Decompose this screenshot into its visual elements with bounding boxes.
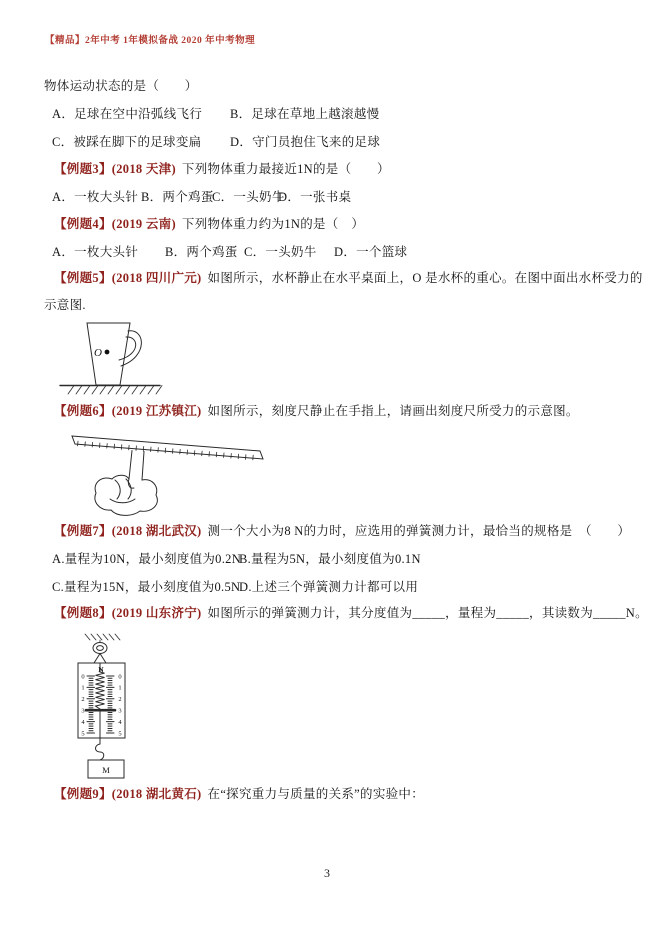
bottom-hook [96, 744, 104, 760]
q3-options-row: A．一枚大头针B．两个鸡蛋C．一头奶牛D．一张书桌 [52, 189, 351, 205]
ruler-outline [72, 436, 263, 459]
q4-options-row: A．一枚大头针B．两个鸡蛋C．一头奶牛D．一个篮球 [52, 244, 407, 260]
q7-option-d: D.上述三个弹簧测力计都可以用 [239, 580, 418, 594]
intro-option-b: B．足球在草地上越滚越慢 [230, 107, 379, 121]
thumb-line [110, 499, 135, 503]
spring-coil [96, 672, 105, 709]
q9-stem: 在“探究重力与质量的关系”的实验中： [208, 787, 425, 801]
q4-option-c: C．一头奶牛 [244, 244, 334, 260]
q9-tag: 【例题9】 [54, 787, 112, 801]
q8-source: (2019 山东济宁) [112, 606, 202, 620]
q3-option-d: D．一张书桌 [278, 190, 351, 204]
curled-finger-line-1 [115, 480, 120, 499]
q3-source: (2018 天津) [112, 162, 176, 176]
q3-option-b: B．两个鸡蛋 [141, 189, 212, 205]
index-finger-right-edge [142, 452, 144, 481]
q7-option-a: A.量程为10N，最小刻度值为0.2N [52, 551, 239, 567]
q6-stem-line: 【例题6】(2019 江苏镇江)如图所示，刻度尺静止在手指上，请画出刻度尺所受力… [54, 403, 579, 419]
ruler-on-finger-figure [70, 422, 315, 517]
ceiling-hatching [85, 634, 120, 640]
q9-stem-line: 【例题9】(2018 湖北黄石)在“探究重力与质量的关系”的实验中： [54, 786, 424, 802]
q7-options-row2: C.量程为15N，最小刻度值为0.5ND.上述三个弹簧测力计都可以用 [52, 579, 418, 595]
svg-text:3: 3 [118, 708, 121, 715]
q5-tag: 【例题5】 [54, 271, 112, 285]
q7-source: (2018 湖北武汉) [112, 524, 202, 538]
q7-tag: 【例题7】 [54, 524, 112, 538]
q3-option-c: C．一头奶牛 [212, 189, 278, 205]
q4-stem: 下列物体重力约为1N的是（ ） [182, 217, 364, 231]
q7-option-b: B.量程为5N，最小刻度值为0.1N [239, 552, 421, 566]
q6-tag: 【例题6】 [54, 404, 112, 418]
top-ring-outer [93, 643, 107, 654]
mass-label: M [102, 765, 110, 775]
q8-stem-line: 【例题8】(2019 山东济宁)如图所示的弹簧测力计，其分度值为_____，量程… [54, 605, 648, 621]
index-finger-left-edge [129, 451, 132, 480]
svg-text:2: 2 [118, 696, 121, 703]
spring-scale-figure: N 001122334455 M [74, 632, 154, 782]
q8-stem: 如图所示的弹簧测力计，其分度值为_____，量程为_____，其读数为_____… [208, 606, 648, 620]
svg-text:3: 3 [81, 708, 84, 715]
q4-option-a: A．一枚大头针 [52, 244, 165, 260]
q3-stem: 下列物体重力最接近1N的是（ ） [182, 162, 390, 176]
svg-text:0: 0 [118, 673, 121, 680]
curled-finger-line-2 [126, 479, 131, 499]
svg-text:1: 1 [81, 685, 84, 692]
svg-text:1: 1 [118, 685, 121, 692]
q5-stem-part1: 如图所示，水杯静止在水平桌面上，O 是水杯的重心。在图中面出水杯受力的 [208, 271, 643, 285]
top-neck [94, 654, 106, 664]
q6-source: (2019 江苏镇江) [112, 404, 202, 418]
q4-option-d: D．一个篮球 [334, 245, 407, 259]
q7-options-row1: A.量程为10N，最小刻度值为0.2NB.量程为5N，最小刻度值为0.1N [52, 551, 421, 567]
doc-header: 【精品】2年中考 1年模拟备战 2020 年中考物理 [45, 33, 255, 49]
q6-stem: 如图所示，刻度尺静止在手指上，请画出刻度尺所受力的示意图。 [208, 404, 579, 418]
svg-text:4: 4 [118, 719, 122, 726]
q5-stem-line1: 【例题5】(2018 四川广元)如图所示，水杯静止在水平桌面上，O 是水杯的重心… [54, 270, 643, 286]
ruler-tick-marks [78, 441, 254, 460]
document-page: 【精品】2年中考 1年模拟备战 2020 年中考物理 物体运动状态的是（ ） A… [0, 0, 654, 928]
center-of-gravity-dot [105, 350, 110, 355]
svg-text:5: 5 [118, 730, 121, 737]
q3-tag: 【例题3】 [54, 162, 112, 176]
q7-stem-line: 【例题7】(2018 湖北武汉)测一个大小为8 N的力时，应选用的弹簧测力计，最… [54, 523, 630, 539]
q8-tag: 【例题8】 [54, 606, 112, 620]
intro-options-row2: C．被踩在脚下的足球变扁D．守门员抱住飞来的足球 [52, 134, 380, 150]
intro-stem: 物体运动状态的是（ ） [44, 78, 198, 94]
svg-text:5: 5 [81, 730, 84, 737]
table-hatching [68, 386, 162, 395]
q9-source: (2018 湖北黄石) [112, 787, 202, 801]
svg-text:2: 2 [81, 696, 84, 703]
q4-stem-line: 【例题4】(2019 云南)下列物体重力约为1N的是（ ） [54, 216, 364, 232]
center-of-gravity-label: O [94, 347, 102, 359]
cup-on-table-figure: O [58, 316, 208, 400]
intro-options-row1: A．足球在空中沿弧线飞行B．足球在草地上越滚越慢 [52, 106, 379, 122]
q4-option-b: B．两个鸡蛋 [165, 244, 244, 260]
q5-stem-line2: 示意图. [44, 297, 86, 313]
q3-stem-line: 【例题3】(2018 天津)下列物体重力最接近1N的是（ ） [54, 161, 390, 177]
q4-tag: 【例题4】 [54, 217, 112, 231]
q7-stem: 测一个大小为8 N的力时，应选用的弹簧测力计，最恰当的规格是 （ ） [208, 524, 631, 538]
svg-text:4: 4 [81, 719, 85, 726]
fist-outline [95, 475, 157, 515]
intro-option-a: A．足球在空中沿弧线飞行 [52, 106, 230, 122]
q4-source: (2019 云南) [112, 217, 176, 231]
q3-option-a: A．一枚大头针 [52, 189, 141, 205]
intro-option-c: C．被踩在脚下的足球变扁 [52, 134, 230, 150]
q5-source: (2018 四川广元) [112, 271, 202, 285]
page-number: 3 [0, 866, 654, 881]
q7-option-c: C.量程为15N，最小刻度值为0.5N [52, 579, 239, 595]
top-ring-inner [97, 646, 104, 651]
intro-option-d: D．守门员抱住飞来的足球 [230, 135, 380, 149]
svg-text:0: 0 [81, 673, 84, 680]
